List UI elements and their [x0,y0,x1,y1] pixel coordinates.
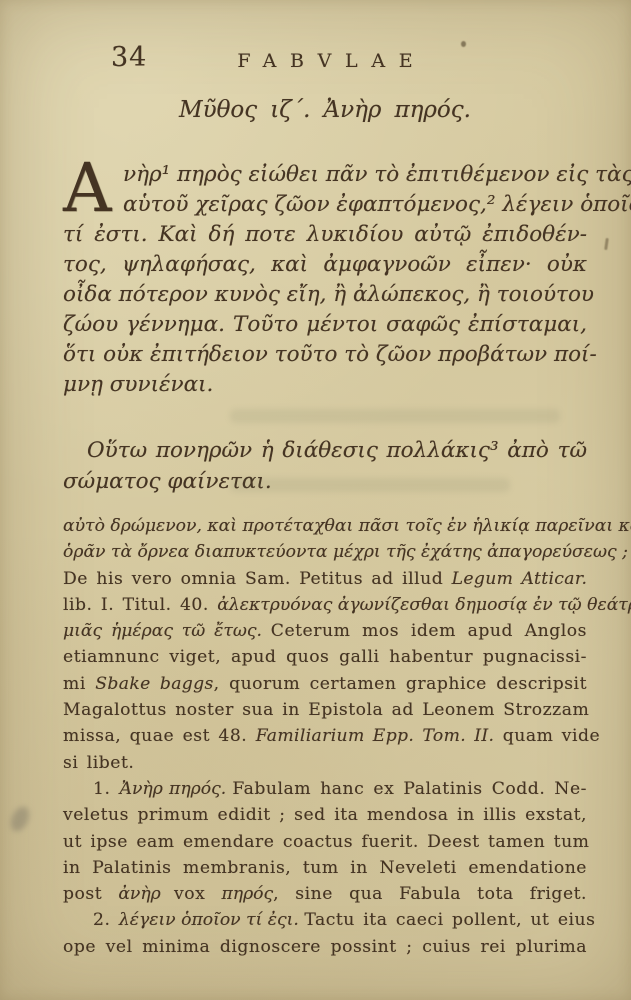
commentary-intro: αὐτὸ δρώμενον, καὶ προτέταχθαι πᾶσι τοῖς… [63,513,587,776]
fable-body-line: μνῃ συνιέναι. [63,370,587,400]
note-1-line: ut ipse eam emendare coactus fuerit. Dee… [63,829,587,855]
note-2-line: ope vel minima dignoscere possint ; cuiu… [63,934,587,960]
verso-showthrough-blemish [230,478,510,492]
commentary-intro-line: De his vero omnia Sam. Petitus ad illud … [63,566,587,592]
margin-mark-blemish [604,238,609,250]
running-title: FABVLAE [63,50,587,72]
note-1-line: veletus primum edidit ; sed ita mendosa … [63,802,587,828]
commentary-intro-line: missa, quae est 48. Familiarium Epp. Tom… [63,723,587,749]
commentary-intro-line: μιᾶς ἡμέρας τῶ ἔτως. Ceterum mos idem ap… [63,618,587,644]
note-2-line: 2. λέγειν ὁποῖον τί ἐςι. Tactu ita caeci… [63,907,587,933]
commentary-intro-line: αὐτὸ δρώμενον, καὶ προτέταχθαι πᾶσι τοῖς… [63,513,587,539]
footnote-1: 1. Ἀνὴρ πηρός. Fabulam hanc ex Palatinis… [63,776,587,907]
drop-cap-initial: Α [63,160,123,218]
fable-body-line: τί ἐστι. Καὶ δή ποτε λυκιδίου αὐτῷ ἐπιδο… [63,220,587,250]
commentary-intro-line: lib. I. Titul. 40. ἀλεκτρυόνας ἀγωνίζεσθ… [63,592,587,618]
verso-showthrough-blemish [230,409,560,423]
fable-body-line: αὑτοῦ χεῖρας ζῶον ἐφαπτόμενος,² λέγειν ὁ… [63,190,587,220]
margin-smudge-blemish [7,804,32,834]
commentary-intro-line: mi Sbake baggs, quorum certamen graphice… [63,671,587,697]
fable-body-text: Ανὴρ¹ πηρὸς εἰώθει πᾶν τὸ ἐπιτιθέμενον ε… [63,160,587,400]
fable-body-line: ὅτι οὐκ ἐπιτήδειον τοῦτο τὸ ζῶον προβάτω… [63,340,587,370]
note-1-line: post ἀνὴρ vox πηρός, sine qua Fabula tot… [63,881,587,907]
fable-body-line: τος, ψηλαφήσας, καὶ ἀμφαγνοῶν εἶπεν· οὐκ [63,250,587,280]
fable-moral-line: Οὕτω πονηρῶν ἡ διάθεσις πολλάκις³ ἀπὸ τῶ [63,435,587,466]
fable-body-line: ζώου γέννημα. Τοῦτο μέντοι σαφῶς ἐπίσταμ… [63,310,587,340]
fable-body-line: οἶδα πότερον κυνὸς εἴη, ἢ ἀλώπεκος, ἢ το… [63,280,587,310]
commentary-intro-line: Magalottus noster sua in Epistola ad Leo… [63,697,587,723]
commentary-intro-line: si libet. [63,750,587,776]
book-page-scan: 34 FABVLAE Μῦθος ιζ´. Ἀνὴρ πηρός. Ανὴρ¹ … [0,0,631,1000]
ink-speck-blemish [461,41,466,47]
commentary-intro-line: ὁρᾶν τὰ ὄρνεα διαπυκτεύοντα μέχρι τῆς ἐχ… [63,539,587,565]
fable-title: Μῦθος ιζ´. Ἀνὴρ πηρός. [63,97,587,123]
footnote-2: 2. λέγειν ὁποῖον τί ἐςι. Tactu ita caeci… [63,907,587,960]
commentary-intro-line: etiamnunc viget, apud quos galli habentu… [63,644,587,670]
commentary-and-notes: αὐτὸ δρώμενον, καὶ προτέταχθαι πᾶσι τοῖς… [63,513,587,960]
note-1-line: 1. Ἀνὴρ πηρός. Fabulam hanc ex Palatinis… [63,776,587,802]
note-1-line: in Palatinis membranis, tum in Neveleti … [63,855,587,881]
fable-body-line: νὴρ¹ πηρὸς εἰώθει πᾶν τὸ ἐπιτιθέμενον εἰ… [63,160,587,190]
